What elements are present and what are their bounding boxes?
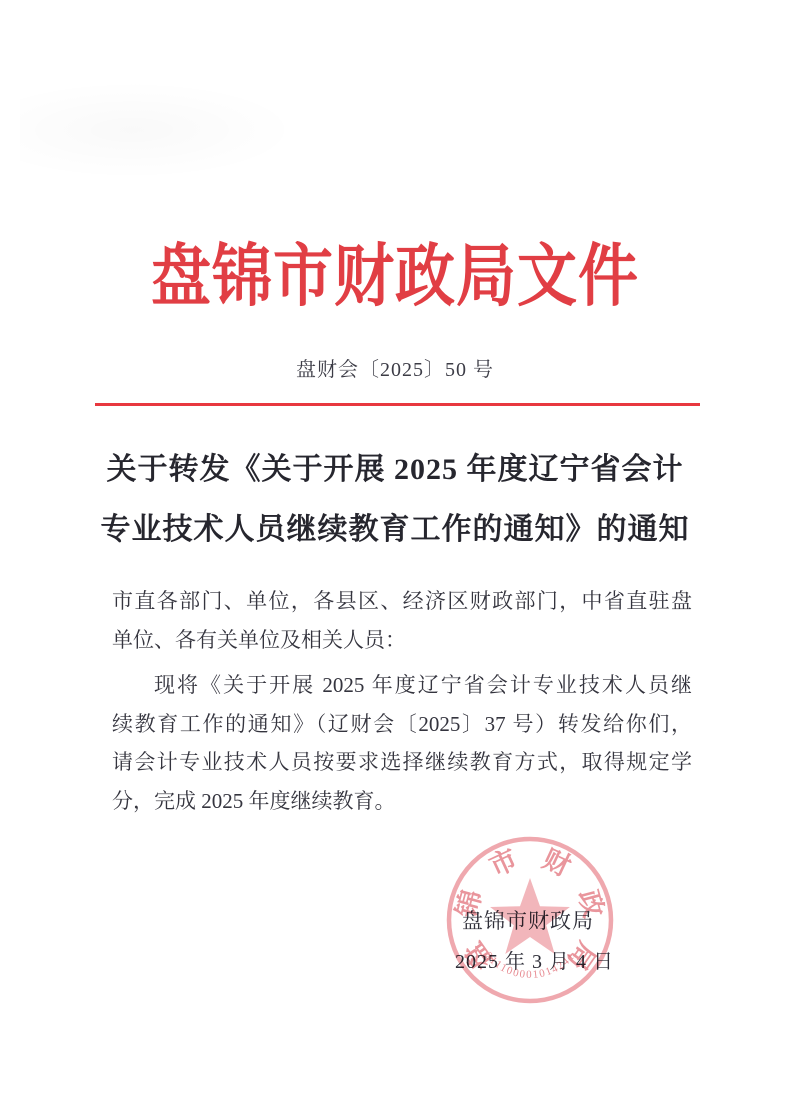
scan-smudge xyxy=(20,80,300,180)
doc-title-line-2: 专业技术人员继续教育工作的通知》的通知 xyxy=(55,500,735,560)
seal-arc-char: 市 xyxy=(485,844,522,883)
doc-title: 关于转发《关于开展 2025 年度辽宁省会计 专业技术人员继续教育工作的通知》的… xyxy=(55,440,735,560)
paragraph-line-3: 请会计专业技术人员按要求选择继续教育方式，取得规定学 xyxy=(112,743,692,782)
paragraph-line-4: 分，完成 2025 年度继续教育。 xyxy=(112,782,692,821)
body-paragraph: 现将《关于开展 2025 年度辽宁省会计专业技术人员继 续教育工作的通知》（辽财… xyxy=(112,666,692,820)
salutation: 市直各部门、单位，各县区、经济区财政部门，中省直驻盘 单位、各有关单位及相关人员… xyxy=(112,582,692,659)
doc-title-line-1: 关于转发《关于开展 2025 年度辽宁省会计 xyxy=(55,440,735,500)
paragraph-line-2: 续教育工作的通知》（辽财会〔2025〕37 号）转发给你们， xyxy=(112,705,692,744)
document-page: 盘锦市财政局文件 盘财会〔2025〕50 号 关于转发《关于开展 2025 年度… xyxy=(0,0,790,1110)
salutation-line-2: 单位、各有关单位及相关人员： xyxy=(112,621,692,660)
signature-date: 2025 年 3 月 4 日 xyxy=(455,945,614,974)
salutation-line-1: 市直各部门、单位，各县区、经济区财政部门，中省直驻盘 xyxy=(112,582,692,621)
doc-number: 盘财会〔2025〕50 号 xyxy=(0,353,790,382)
red-separator-line xyxy=(95,403,700,406)
agency-header-title: 盘锦市财政局文件 xyxy=(0,222,790,320)
signature-agency: 盘锦市财政局 xyxy=(462,905,594,935)
seal-arc-char: 财 xyxy=(538,844,575,883)
paragraph-line-1: 现将《关于开展 2025 年度辽宁省会计专业技术人员继 xyxy=(112,666,692,705)
